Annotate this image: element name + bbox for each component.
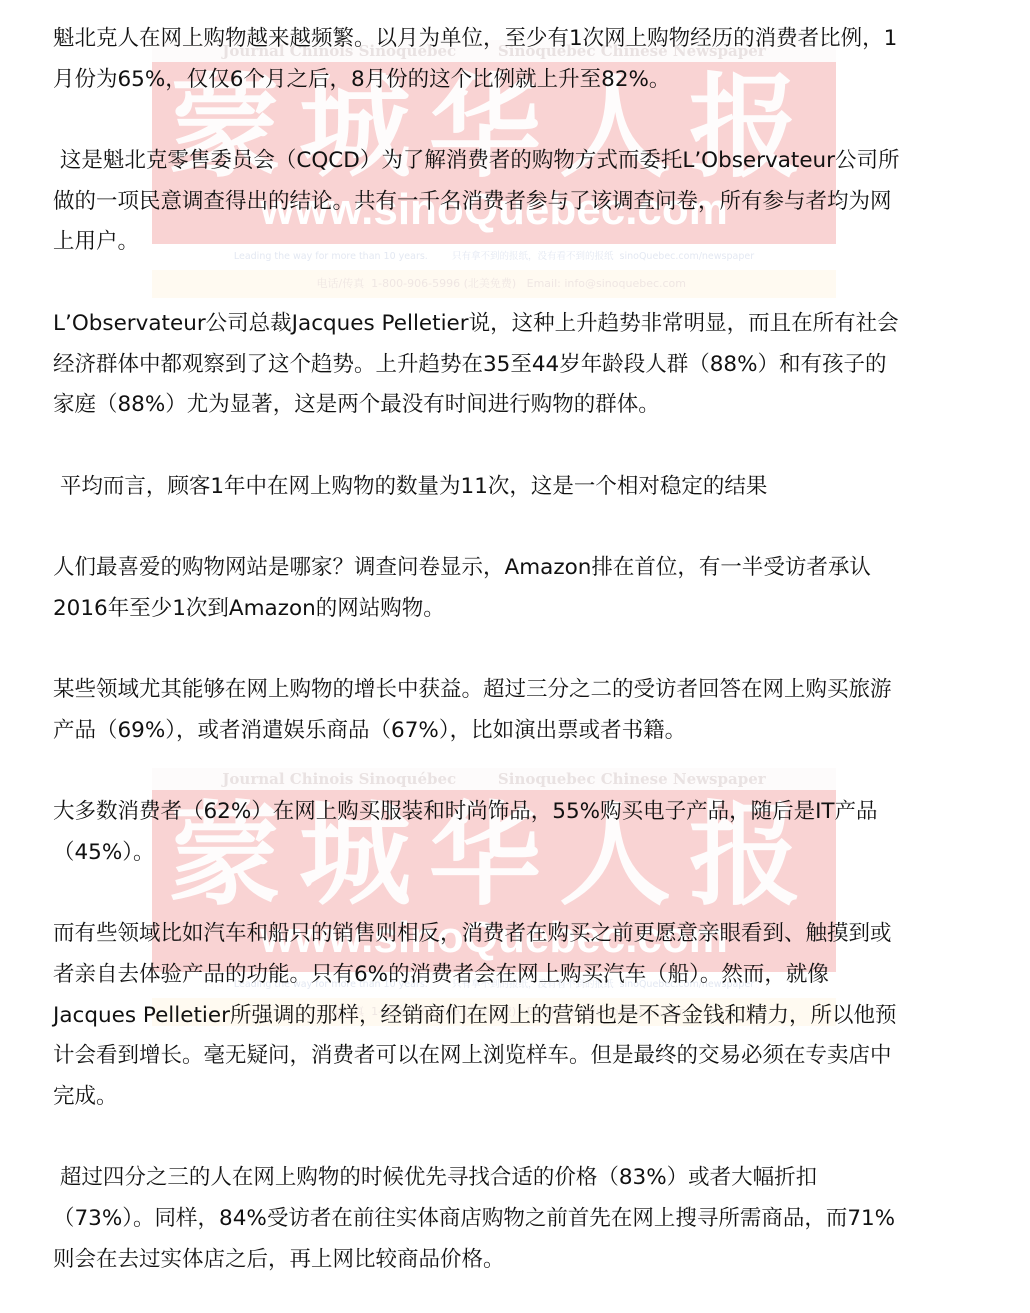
text-line: 完成。 (53, 1077, 1013, 1118)
text-line: 产品（69%），或者消遣娱乐商品（67%），比如演出票或者书籍。 (53, 711, 1013, 752)
text-line: 某些领域尤其能够在网上购物的增长中获益。超过三分之二的受访者回答在网上购买旅游 (53, 670, 1013, 711)
text-line: 家庭（88%）尤为显著，这是两个最没有时间进行购物的群体。 (53, 385, 1013, 426)
paragraph-favorite-site: 人们最喜爱的购物网站是哪家？调查问卷显示，Amazon排在首位，有一半受访者承认… (53, 548, 1013, 629)
text-line: （73%）。同样，84%受访者在前往实体商店购物之前首先在网上搜寻所需商品，而7… (53, 1199, 1013, 1240)
text-line: 计会看到增长。毫无疑问，消费者可以在网上浏览样车。但是最终的交易必须在专卖店中 (53, 1036, 1013, 1077)
text-line: 上用户。 (53, 222, 1013, 263)
paragraph-survey-source: 这是魁北克零售委员会（CQCD）为了解消费者的购物方式而委托L’Observat… (53, 141, 1013, 263)
paragraph-online-shopping-frequency: 魁北克人在网上购物越来越频繁。以月为单位，至少有1次网上购物经历的消费者比例，1… (53, 19, 1013, 100)
text-line: 2016年至少1次到Amazon的网站购物。 (53, 589, 1013, 630)
text-line: （45%）。 (53, 833, 1013, 874)
text-line: L’Observateur公司总裁Jacques Pelletier说，这种上升… (53, 304, 1013, 345)
text-line: 魁北克人在网上购物越来越频繁。以月为单位，至少有1次网上购物经历的消费者比例，1 (53, 19, 1013, 60)
text-line: 则会在去过实体店之后，再上网比较商品价格。 (53, 1240, 1013, 1281)
text-line: 人们最喜爱的购物网站是哪家？调查问卷显示，Amazon排在首位，有一半受访者承认 (53, 548, 1013, 589)
text-line: Jacques Pelletier所强调的那样，经销商们在网上的营销也是不吝金钱… (53, 996, 1013, 1037)
paragraph-rising-trend: L’Observateur公司总裁Jacques Pelletier说，这种上升… (53, 304, 1013, 426)
text-line: 者亲自去体验产品的功能。只有6%的消费者会在网上购买汽车（船）。然而，就像 (53, 955, 1013, 996)
paragraph-price-priority: 超过四分之三的人在网上购物的时候优先寻找合适的价格（83%）或者大幅折扣 （73… (53, 1158, 1013, 1280)
paragraph-clothing-electronics: 大多数消费者（62%）在网上购买服装和时尚饰品，55%购买电子产品，随后是IT产… (53, 792, 1013, 873)
text-line: 平均而言，顾客1年中在网上购物的数量为11次，这是一个相对稳定的结果 (53, 467, 1013, 508)
text-line: 这是魁北克零售委员会（CQCD）为了解消费者的购物方式而委托L’Observat… (53, 141, 1013, 182)
paragraph-cars-boats: 而有些领域比如汽车和船只的销售则相反，消费者在购买之前更愿意亲眼看到、触摸到或 … (53, 914, 1013, 1117)
paragraph-average-purchases: 平均而言，顾客1年中在网上购物的数量为11次，这是一个相对稳定的结果 (53, 467, 1013, 508)
text-line: 经济群体中都观察到了这个趋势。上升趋势在35至44岁年龄段人群（88%）和有孩子… (53, 345, 1013, 386)
text-line: 月份为65%，仅仅6个月之后，8月份的这个比例就上升至82%。 (53, 60, 1013, 101)
paragraph-benefiting-sectors: 某些领域尤其能够在网上购物的增长中获益。超过三分之二的受访者回答在网上购买旅游 … (53, 670, 1013, 751)
text-line: 超过四分之三的人在网上购物的时候优先寻找合适的价格（83%）或者大幅折扣 (53, 1158, 1013, 1199)
article-body: 魁北克人在网上购物越来越频繁。以月为单位，至少有1次网上购物经历的消费者比例，1… (53, 19, 1013, 1313)
text-line: 而有些领域比如汽车和船只的销售则相反，消费者在购买之前更愿意亲眼看到、触摸到或 (53, 914, 1013, 955)
text-line: 做的一项民意调查得出的结论。共有一千名消费者参与了该调查问卷，所有参与者均为网 (53, 182, 1013, 223)
text-line: 大多数消费者（62%）在网上购买服装和时尚饰品，55%购买电子产品，随后是IT产… (53, 792, 1013, 833)
